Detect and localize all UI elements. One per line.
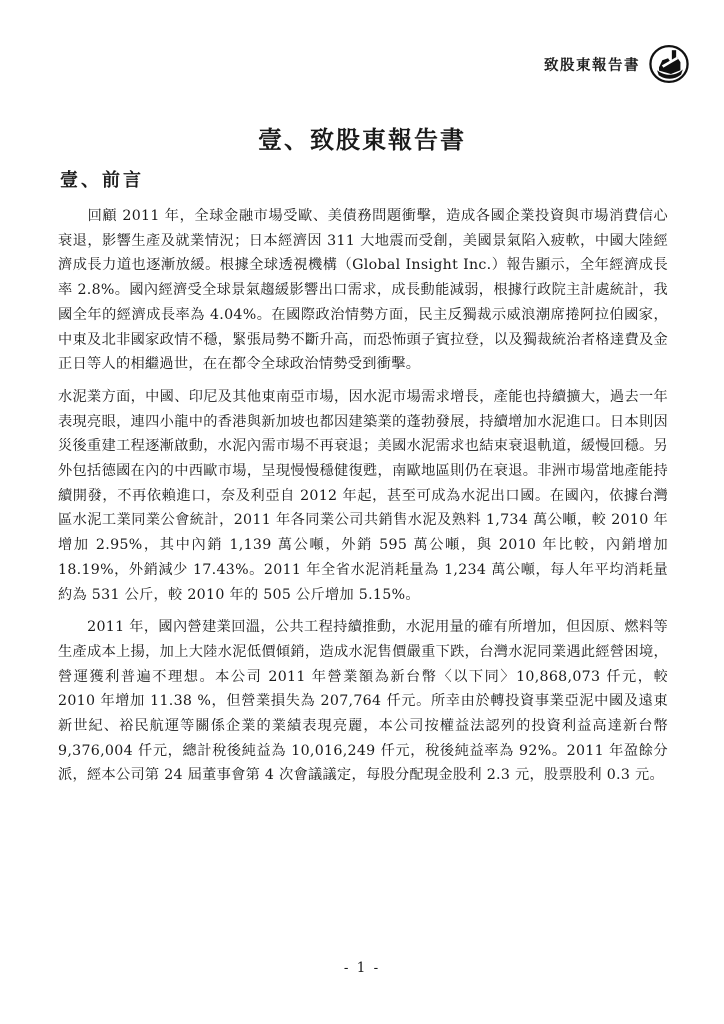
section-heading: 壹、前言 <box>60 166 144 192</box>
paragraph-cement-industry: 水泥業方面，中國、印尼及其他東南亞市場，因水泥市場需求增長，產能也持續擴大，過去… <box>58 385 668 607</box>
running-header-label: 致股東報告書 <box>544 54 640 75</box>
page-header: 致股東報告書 <box>544 44 690 84</box>
paragraph-company-results: 2011 年，國內營建業回溫，公共工程持續推動，水泥用量的確有所增加，但因原、燃… <box>58 615 668 788</box>
paragraph-economy-review: 回顧 2011 年，全球金融市場受歐、美債務問題衝擊，造成各國企業投資與市場消費… <box>58 204 668 377</box>
document-body: 回顧 2011 年，全球金融市場受歐、美債務問題衝擊，造成各國企業投資與市場消費… <box>58 204 668 796</box>
document-page: 致股東報告書 壹、致股東報告書 壹、前言 回顧 2011 年，全球金融市場受歐、… <box>0 0 724 1024</box>
page-title: 壹、致股東報告書 <box>0 120 724 155</box>
page-number: - 1 - <box>344 960 380 976</box>
cement-plant-logo-icon <box>648 44 690 84</box>
page-footer: - 1 - <box>0 957 724 976</box>
